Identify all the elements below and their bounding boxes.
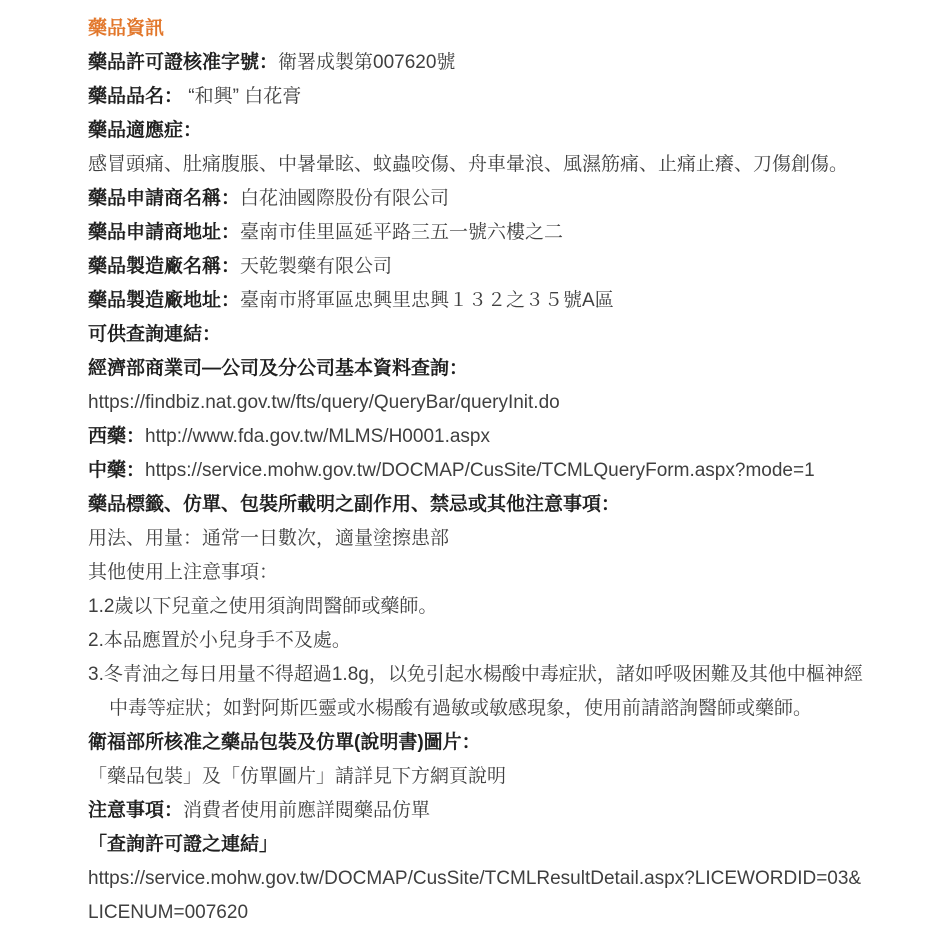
approved-images-heading: 衛福部所核准之藥品包裝及仿單(說明書)圖片： [88, 726, 863, 760]
notice-line: 注意事項：消費者使用前應詳閱藥品仿單 [88, 794, 863, 828]
indications-heading: 藥品適應症： [88, 114, 863, 148]
license-number-value: 衛署成製第007620號 [278, 52, 455, 73]
other-precautions-heading: 其他使用上注意事項： [88, 556, 863, 590]
tcm-line: 中藥：https://service.mohw.gov.tw/DOCMAP/Cu… [88, 454, 863, 488]
manufacturer-name-line: 藥品製造廠名稱：天乾製藥有限公司 [88, 250, 863, 284]
applicant-name-line: 藥品申請商名稱：白花油國際股份有限公司 [88, 182, 863, 216]
page-title: 藥品資訊 [88, 12, 863, 46]
precautions-heading: 藥品標籤、仿單、包裝所載明之副作用、禁忌或其他注意事項： [88, 488, 863, 522]
tcm-label: 中藥： [88, 460, 145, 481]
license-link-url: https://service.mohw.gov.tw/DOCMAP/CusSi… [88, 862, 863, 930]
manufacturer-address-value: 臺南市將軍區忠興里忠興１３２之３５號A區 [240, 290, 614, 311]
notice-value: 消費者使用前應詳閱藥品仿單 [183, 800, 430, 821]
drug-name-label: 藥品品名： [88, 86, 183, 107]
manufacturer-address-label: 藥品製造廠地址： [88, 290, 240, 311]
applicant-address-line: 藥品申請商地址：臺南市佳里區延平路三五一號六樓之二 [88, 216, 863, 250]
drug-info-page: 藥品資訊 藥品許可證核准字號：衛署成製第007620號 藥品品名： “和興” 白… [0, 0, 863, 930]
usage-dosage-line: 用法、用量：通常一日數次，適量塗擦患部 [88, 522, 863, 556]
western-medicine-line: 西藥：http://www.fda.gov.tw/MLMS/H0001.aspx [88, 420, 863, 454]
indications-text: 感冒頭痛、肚痛腹脹、中暑暈眩、蚊蟲咬傷、舟車暈浪、風濕筋痛、止痛止癢、刀傷創傷。 [88, 148, 863, 182]
applicant-name-value: 白花油國際股份有限公司 [240, 188, 449, 209]
moea-query-url: https://findbiz.nat.gov.tw/fts/query/Que… [88, 386, 863, 420]
western-medicine-url: http://www.fda.gov.tw/MLMS/H0001.aspx [145, 426, 490, 447]
manufacturer-name-value: 天乾製藥有限公司 [240, 256, 392, 277]
approved-images-note: 「藥品包裝」及「仿單圖片」請詳見下方網頁說明 [88, 760, 863, 794]
notice-label: 注意事項： [88, 800, 183, 821]
applicant-name-label: 藥品申請商名稱： [88, 188, 240, 209]
manufacturer-address-line: 藥品製造廠地址：臺南市將軍區忠興里忠興１３２之３５號A區 [88, 284, 863, 318]
query-links-heading: 可供查詢連結： [88, 318, 863, 352]
precaution-item-1: 1.2歲以下兒童之使用須詢問醫師或藥師。 [88, 590, 863, 624]
drug-name-value: “和興” 白花膏 [183, 86, 301, 107]
tcm-url: https://service.mohw.gov.tw/DOCMAP/CusSi… [145, 460, 815, 481]
western-medicine-label: 西藥： [88, 426, 145, 447]
moea-query-heading: 經濟部商業司—公司及分公司基本資料查詢： [88, 352, 863, 386]
precaution-item-2: 2.本品應置於小兒身手不及處。 [88, 624, 863, 658]
manufacturer-name-label: 藥品製造廠名稱： [88, 256, 240, 277]
applicant-address-label: 藥品申請商地址： [88, 222, 240, 243]
license-number-line: 藥品許可證核准字號：衛署成製第007620號 [88, 46, 863, 80]
precaution-item-3: 3.冬青油之每日用量不得超過1.8g，以免引起水楊酸中毒症狀，諸如呼吸困難及其他… [88, 658, 863, 726]
license-number-label: 藥品許可證核准字號： [88, 52, 278, 73]
drug-name-line: 藥品品名： “和興” 白花膏 [88, 80, 863, 114]
license-link-heading: 「查詢許可證之連結」 [88, 828, 863, 862]
applicant-address-value: 臺南市佳里區延平路三五一號六樓之二 [240, 222, 563, 243]
